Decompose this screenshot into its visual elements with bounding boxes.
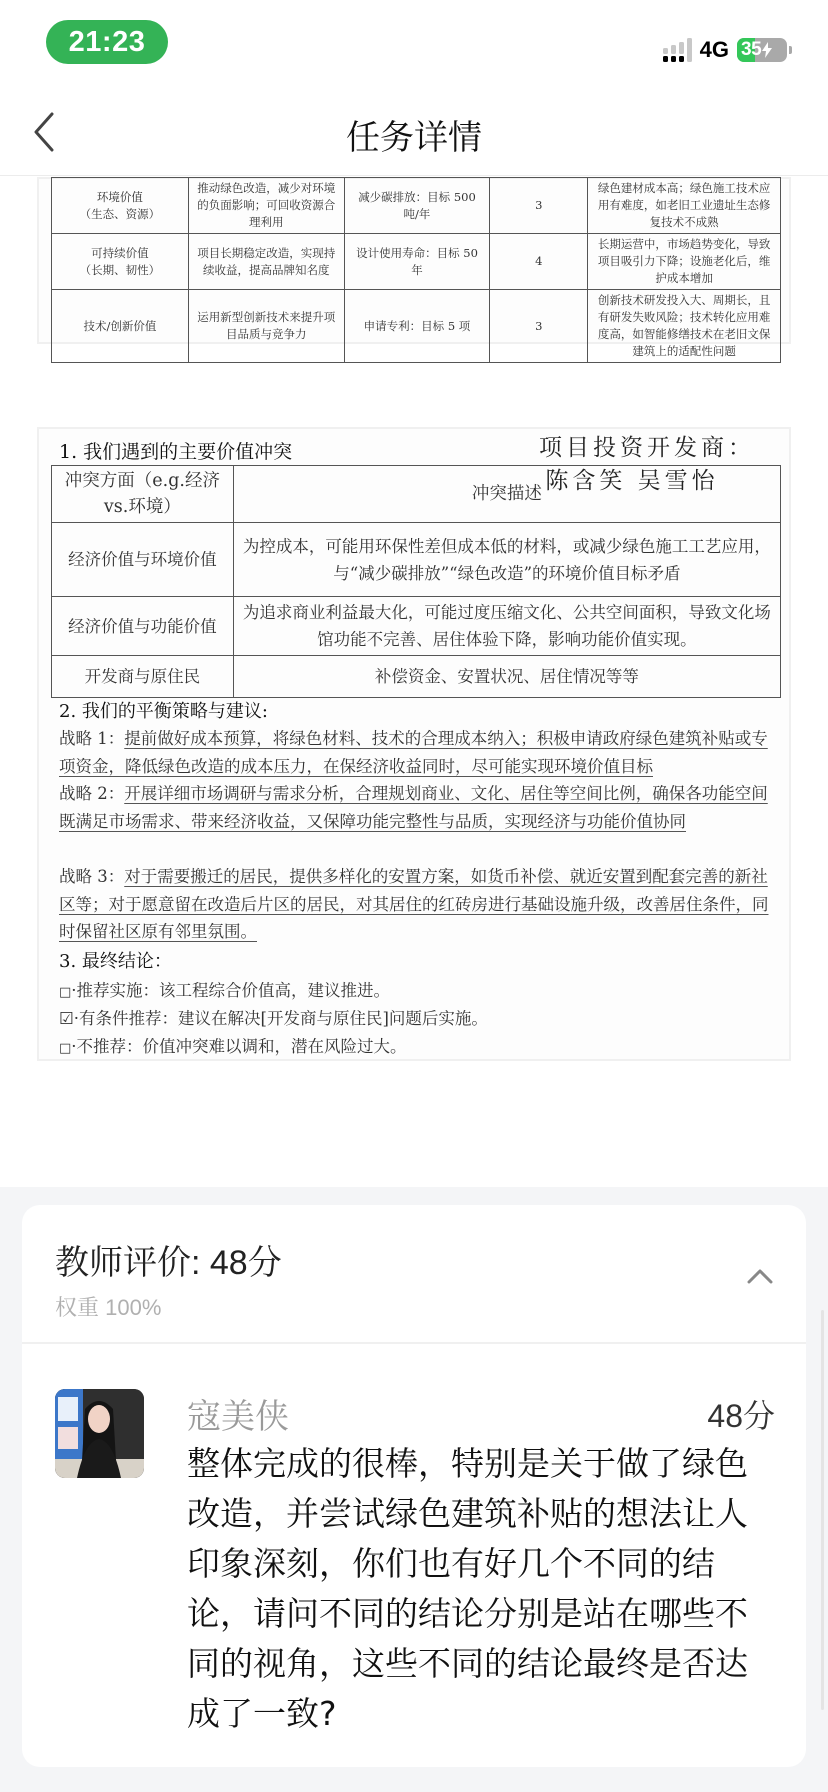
- cell-description: 为控成本，可能用环保性差但成本低的材料，或减少绿色施工工艺应用，与“减少碳排放”…: [233, 523, 780, 597]
- cell-target: 减少碳排放：目标 500 吨/年: [344, 178, 490, 234]
- battery-tip: [789, 46, 792, 54]
- evaluation-header[interactable]: 教师评价: 48分 权重 100%: [22, 1205, 806, 1344]
- network-type: 4G: [700, 37, 729, 63]
- cell-description: 项目长期稳定改造，实现持续收益，提高品牌知名度: [188, 234, 344, 290]
- cell-risk: 创新技术研发投入大、周期长，且有研发失败风险；技术转化应用难度高，如智能修缮技术…: [588, 290, 781, 363]
- table-row: 经济价值与功能价值 为追求商业利益最大化，可能过度压缩文化、公共空间面积，导致文…: [52, 597, 781, 656]
- strategy-2: 战略 2：开展详细市场调研与需求分析，合理规划商业、文化、居住等空间比例，确保各…: [59, 780, 773, 835]
- evaluation-weight: 权重 100%: [55, 1291, 161, 1322]
- scrollbar[interactable]: [821, 1310, 824, 1710]
- handwritten-line-1: 项目投资开发商：: [539, 432, 755, 465]
- cell-score: 3: [490, 290, 588, 363]
- section-3-title: 3. 最终结论：: [59, 947, 172, 973]
- battery-level: 35: [737, 39, 761, 61]
- cell-dimension: 技术/创新价值: [52, 290, 189, 363]
- status-time: 21:23: [46, 20, 168, 64]
- header-description: 冲突描述: [233, 466, 780, 523]
- strategy-label: 战略 1：: [59, 729, 124, 748]
- conclusion-text: ·不推荐：价值冲突难以调和，潜在风险过大。: [71, 1037, 406, 1056]
- section-2-title: 2. 我们的平衡策略与建议:: [59, 697, 268, 723]
- teacher-evaluation-card: 教师评价: 48分 权重 100% 寇美侠 48分 整体完成的很棒，特别是关于做…: [22, 1205, 806, 1767]
- section-1-title: 1. 我们遇到的主要价值冲突: [59, 437, 292, 464]
- avatar: [55, 1389, 144, 1478]
- cell-description: 为追求商业利益最大化，可能过度压缩文化、公共空间面积，导致文化场馆功能不完善、居…: [233, 597, 780, 656]
- cell-dimension: 可持续价值 （长期、韧性）: [52, 234, 189, 290]
- strategy-text: 开展详细市场调研与需求分析，合理规划商业、文化、居住等空间比例，确保各功能空间既…: [59, 784, 768, 831]
- cell-risk: 绿色建材成本高；绿色施工技术应用有难度，如老旧工业遗址生态修复技术不成熟: [588, 178, 781, 234]
- cell-aspect: 经济价值与环境价值: [52, 523, 234, 597]
- page-title: 任务详情: [0, 110, 828, 159]
- reviewer-comment-text: 整体完成的很棒，特别是关于做了绿色改造，并尝试绿色建筑补贴的想法让人印象深刻，你…: [187, 1439, 777, 1739]
- battery-icon: 35: [737, 38, 787, 62]
- table-row: 技术/创新价值 运用新型创新技术来提升项目品质与竞争力 申请专利：目标 5 项 …: [52, 290, 781, 363]
- checkbox-checked-icon: ☑: [59, 1009, 74, 1028]
- cell-description: 推动绿色改造，减少对环境的负面影响；可回收资源合理利用: [188, 178, 344, 234]
- strategy-text: 提前做好成本预算，将绿色材料、技术的合理成本纳入；积极申请政府绿色建筑补贴或专项…: [59, 729, 768, 776]
- table-row: 环境价值 （生态、资源） 推动绿色改造，减少对环境的负面影响；可回收资源合理利用…: [52, 178, 781, 234]
- conclusion-text: ·推荐实施：该工程综合价值高，建议推进。: [71, 981, 390, 1000]
- evaluation-title: 教师评价: 48分: [55, 1235, 282, 1284]
- strategy-1: 战略 1：提前做好成本预算，将绿色材料、技术的合理成本纳入；积极申请政府绿色建筑…: [59, 725, 773, 780]
- cell-score: 3: [490, 178, 588, 234]
- attachment-image-conflict-doc[interactable]: 1. 我们遇到的主要价值冲突 项目投资开发商： 陈含笑 吴雪怡 冲突方面（e.g…: [37, 427, 791, 1061]
- conclusion-text: ·有条件推荐：建议在解决[开发商与原住民]问题后实施。: [74, 1009, 488, 1028]
- cell-target: 申请专利：目标 5 项: [344, 290, 490, 363]
- conclusion-option: □·不推荐：价值冲突难以调和，潜在风险过大。: [59, 1033, 407, 1057]
- chevron-up-icon: [746, 1268, 774, 1284]
- reviewer-name: 寇美侠: [187, 1389, 289, 1438]
- nav-bar: 任务详情: [0, 88, 828, 176]
- cell-dimension: 环境价值 （生态、资源）: [52, 178, 189, 234]
- cell-risk: 长期运营中，市场趋势变化，导致项目吸引力下降；设施老化后，维护成本增加: [588, 234, 781, 290]
- table-row: 可持续价值 （长期、韧性） 项目长期稳定改造，实现持续收益，提高品牌知名度 设计…: [52, 234, 781, 290]
- avatar-image: [55, 1389, 144, 1478]
- reviewer-score: 48分: [707, 1391, 775, 1437]
- conflict-table: 冲突方面（e.g.经济vs.环境） 冲突描述 经济价值与环境价值 为控成本，可能…: [51, 465, 781, 698]
- cell-aspect: 开发商与原住民: [52, 656, 234, 698]
- signal-icon: [663, 38, 692, 62]
- cell-aspect: 经济价值与功能价值: [52, 597, 234, 656]
- table-row: 开发商与原住民 补偿资金、安置状况、居住情况等等: [52, 656, 781, 698]
- table-row: 经济价值与环境价值 为控成本，可能用环保性差但成本低的材料，或减少绿色施工工艺应…: [52, 523, 781, 597]
- conclusion-option: ☑·有条件推荐：建议在解决[开发商与原住民]问题后实施。: [59, 1005, 488, 1029]
- conclusion-option: □·推荐实施：该工程综合价值高，建议推进。: [59, 977, 390, 1001]
- strategy-label: 战略 2：: [59, 784, 124, 803]
- checkbox-empty-icon: □: [59, 1041, 71, 1056]
- value-table: 环境价值 （生态、资源） 推动绿色改造，减少对环境的负面影响；可回收资源合理利用…: [51, 177, 781, 363]
- attachment-image-value-table[interactable]: 环境价值 （生态、资源） 推动绿色改造，减少对环境的负面影响；可回收资源合理利用…: [37, 177, 791, 344]
- cell-target: 设计使用寿命：目标 50 年: [344, 234, 490, 290]
- cell-score: 4: [490, 234, 588, 290]
- collapse-button[interactable]: [742, 1261, 778, 1291]
- table-header-row: 冲突方面（e.g.经济vs.环境） 冲突描述: [52, 466, 781, 523]
- status-bar: 21:23 4G 35: [0, 0, 828, 88]
- bolt-icon: [762, 42, 772, 58]
- cell-description: 补偿资金、安置状况、居住情况等等: [233, 656, 780, 698]
- header-aspect: 冲突方面（e.g.经济vs.环境）: [52, 466, 234, 523]
- checkbox-empty-icon: □: [59, 985, 71, 1000]
- strategy-label: 战略 3：: [59, 867, 124, 886]
- strategy-text: 对于需要搬迁的居民，提供多样化的安置方案，如货币补偿、就近安置到配套完善的新社区…: [59, 867, 769, 941]
- strategy-3: 战略 3：对于需要搬迁的居民，提供多样化的安置方案，如货币补偿、就近安置到配套完…: [59, 863, 773, 946]
- cell-description: 运用新型创新技术来提升项目品质与竞争力: [188, 290, 344, 363]
- status-indicators: 4G 35: [663, 36, 792, 64]
